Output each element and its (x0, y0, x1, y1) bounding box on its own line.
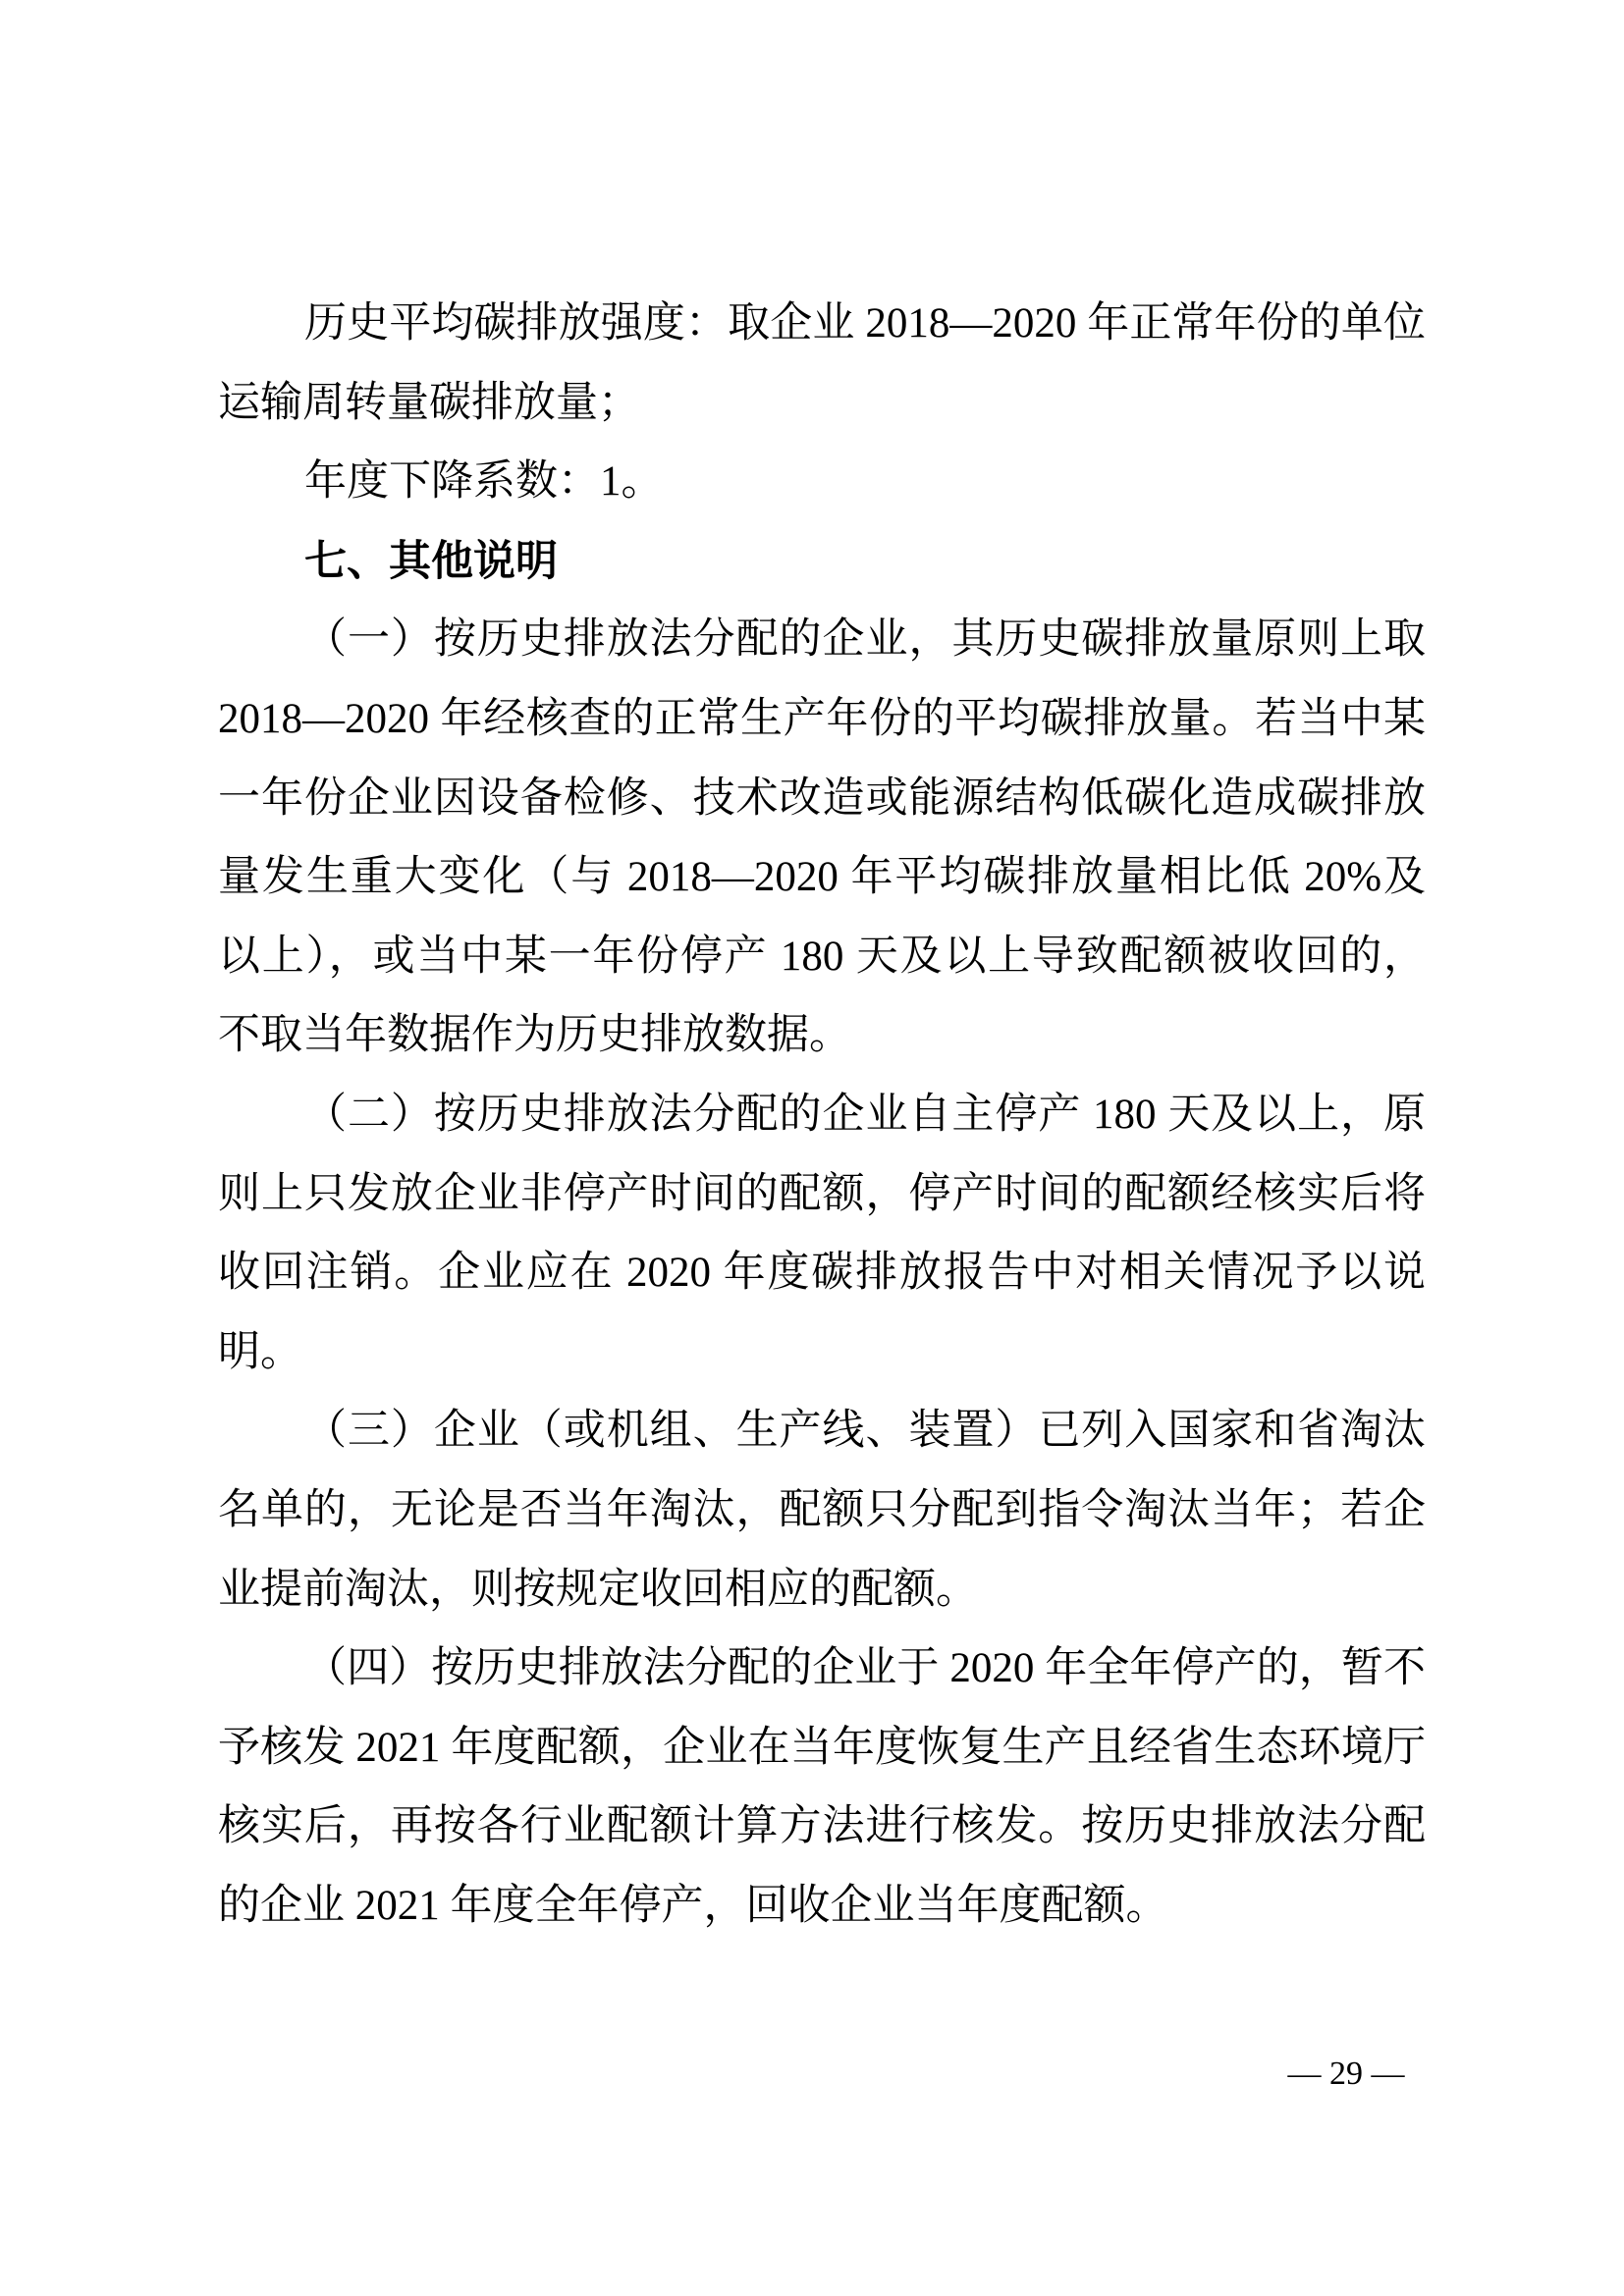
paragraph-line: 明。 (218, 1313, 1426, 1393)
paragraph-line: 历史平均碳排放强度：取企业 2018—2020 年正常年份的单位 (218, 285, 1426, 364)
paragraph-line: 名单的，无论是否当年淘汰，配额只分配到指令淘汰当年；若企 (218, 1471, 1426, 1551)
paragraph-line: 以上），或当中某一年份停产 180 天及以上导致配额被收回的， (218, 918, 1426, 997)
document-body: 历史平均碳排放强度：取企业 2018—2020 年正常年份的单位 运输周转量碳排… (218, 285, 1426, 1946)
paragraph-line: （四）按历史排放法分配的企业于 2020 年全年停产的，暂不 (218, 1629, 1426, 1709)
paragraph-line: 收回注销。企业应在 2020 年度碳排放报告中对相关情况予以说 (218, 1234, 1426, 1313)
paragraph-line: （二）按历史排放法分配的企业自主停产 180 天及以上，原 (218, 1076, 1426, 1155)
paragraph-line: 量发生重大变化（与 2018—2020 年平均碳排放量相比低 20%及 (218, 838, 1426, 918)
page-number: — 29 — (1267, 2050, 1426, 2099)
paragraph-line: 年度下降系数：1。 (218, 443, 1426, 522)
paragraph-line: 运输周转量碳排放量； (218, 364, 1426, 444)
document-page: 历史平均碳排放强度：取企业 2018—2020 年正常年份的单位 运输周转量碳排… (0, 0, 1624, 2296)
paragraph-line: 不取当年数据作为历史排放数据。 (218, 996, 1426, 1076)
paragraph-line: 的企业 2021 年度全年停产，回收企业当年度配额。 (218, 1867, 1426, 1947)
paragraph-line: 业提前淘汰，则按规定收回相应的配额。 (218, 1551, 1426, 1630)
paragraph-line: 则上只发放企业非停产时间的配额，停产时间的配额经核实后将 (218, 1155, 1426, 1235)
paragraph-line: （一）按历史排放法分配的企业，其历史碳排放量原则上取 (218, 601, 1426, 680)
paragraph-line: 核实后，再按各行业配额计算方法进行核发。按历史排放法分配 (218, 1788, 1426, 1867)
paragraph-line: （三）企业（或机组、生产线、装置）已列入国家和省淘汰 (218, 1392, 1426, 1471)
paragraph-line: 予核发 2021 年度配额，企业在当年度恢复生产且经省生态环境厅 (218, 1709, 1426, 1789)
paragraph-line: 2018—2020 年经核查的正常生产年份的平均碳排放量。若当中某 (218, 680, 1426, 760)
paragraph-line: 一年份企业因设备检修、技术改造或能源结构低碳化造成碳排放 (218, 760, 1426, 839)
section-heading: 七、其他说明 (218, 522, 1426, 602)
